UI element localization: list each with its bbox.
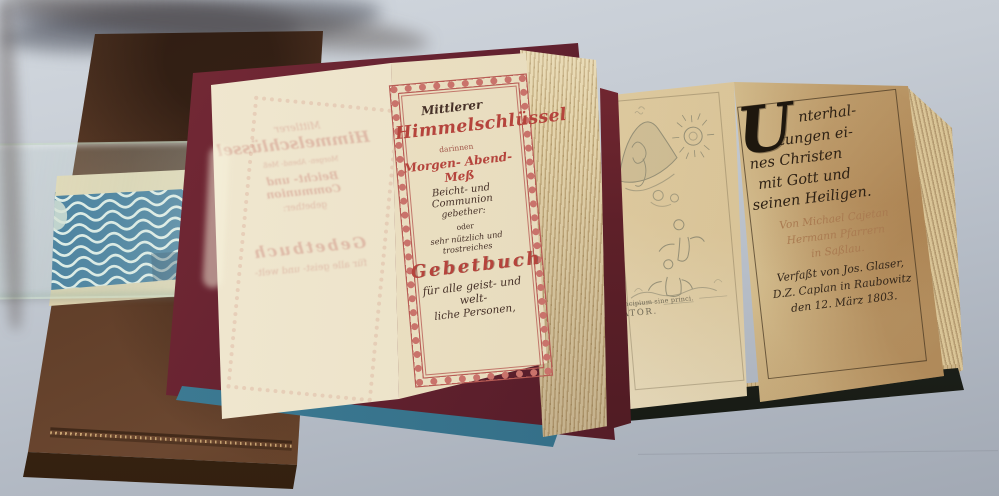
manuscript-initial: U	[734, 95, 797, 165]
bleed-through-text: Mittlerer Himmelschlüssel Morgen- Abend-…	[225, 106, 392, 390]
table-seam-line	[638, 450, 998, 455]
manuscript-text: U nterhal- tungen ei- nes Christen mit G…	[740, 95, 935, 393]
photo-antique-books: ens. Principium sine princi. CREATOR. U …	[0, 0, 999, 496]
